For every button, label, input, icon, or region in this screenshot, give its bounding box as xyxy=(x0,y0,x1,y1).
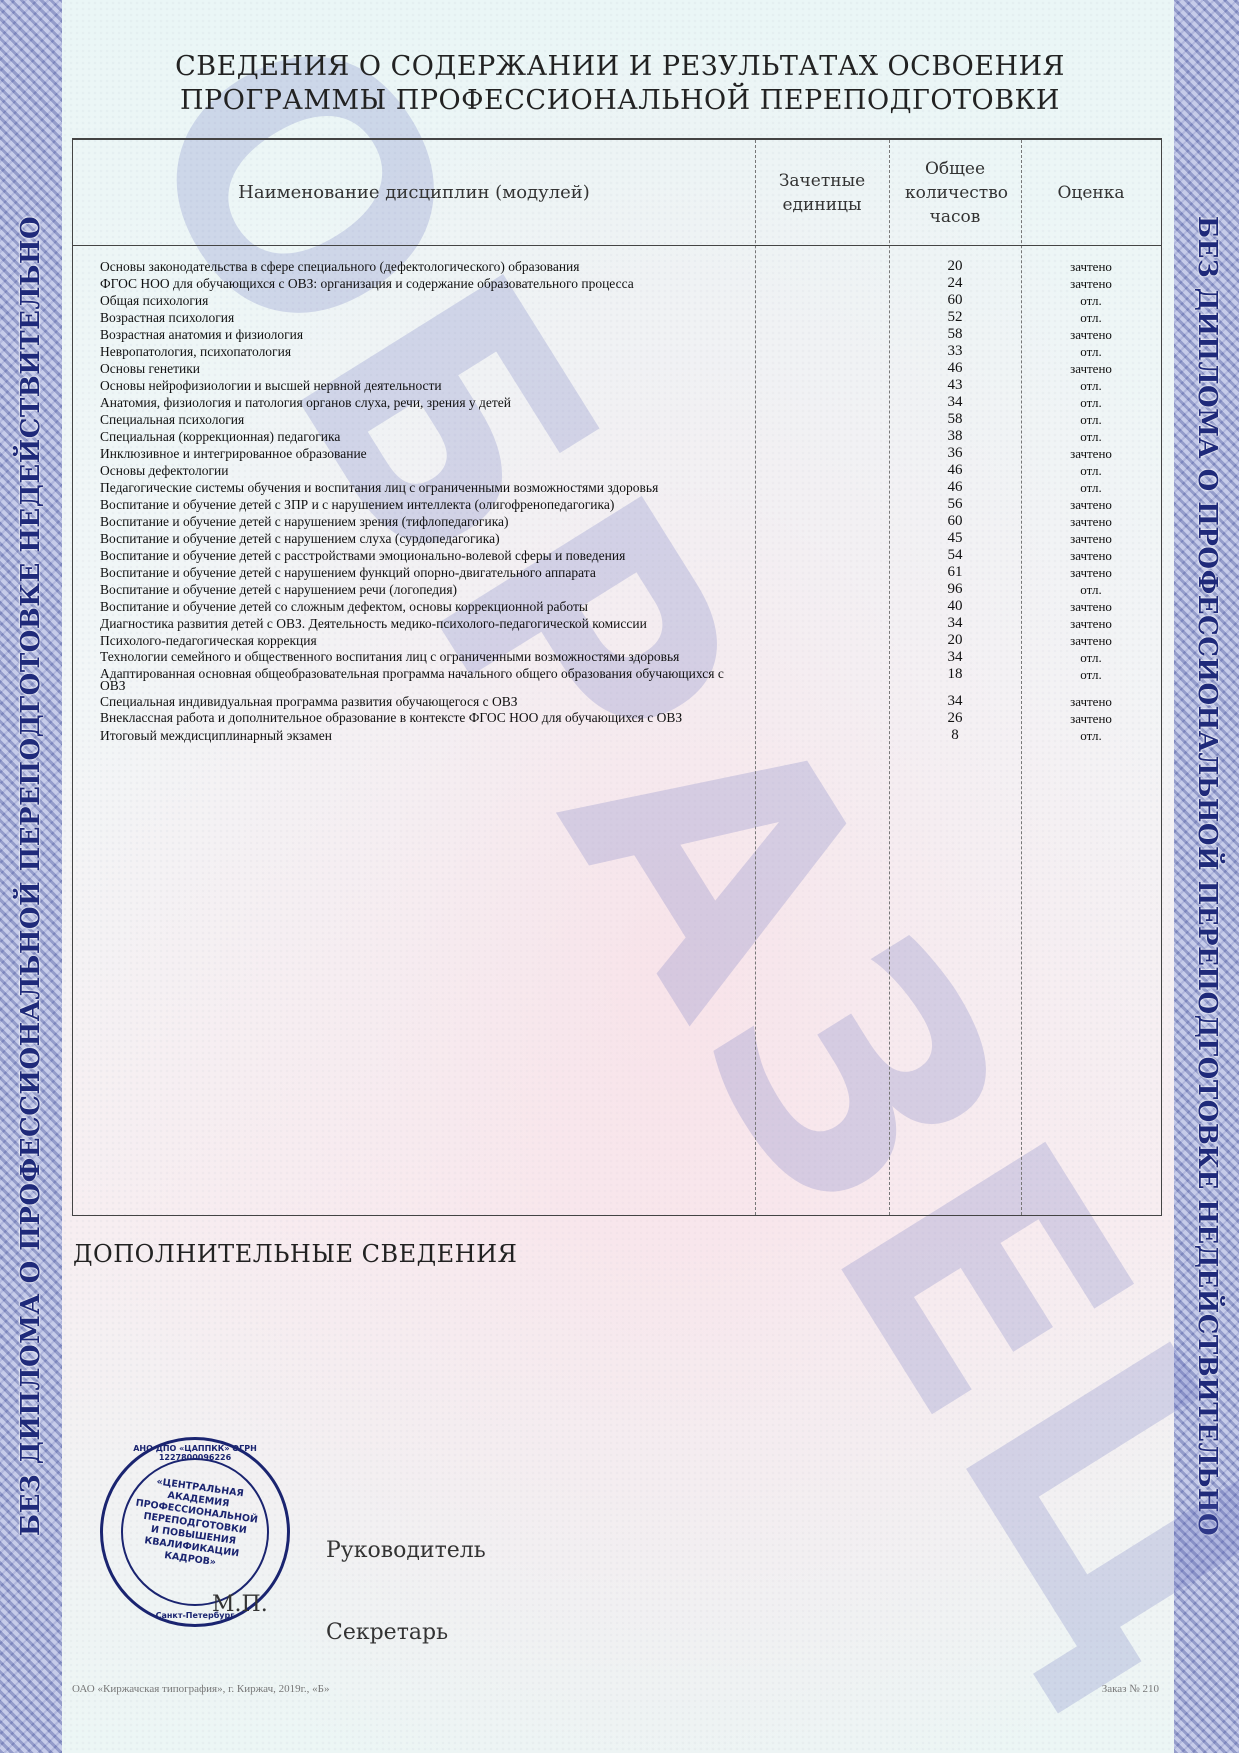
discipline-name: Основы дефектологии xyxy=(73,462,740,479)
discipline-name: Невропатология, психопатология xyxy=(73,343,740,360)
credit-units xyxy=(755,292,889,309)
table-row: Внеклассная работа и дополнительное обра… xyxy=(73,710,1161,727)
right-border-text: БЕЗ ДИПЛОМА О ПРОФЕССИОНАЛЬНОЙ ПЕРЕПОДГО… xyxy=(1192,216,1222,1536)
total-hours: 43 xyxy=(889,377,1021,394)
discipline-name: Технологии семейного и общественного вос… xyxy=(73,649,740,666)
grade: отл. xyxy=(1021,343,1161,360)
total-hours: 46 xyxy=(889,462,1021,479)
table-row: Воспитание и обучение детей с нарушением… xyxy=(73,513,1161,530)
grade: зачтено xyxy=(1021,445,1161,462)
credit-units xyxy=(755,632,889,649)
grade: отл. xyxy=(1021,292,1161,309)
credit-units xyxy=(755,496,889,513)
grade: зачтено xyxy=(1021,258,1161,275)
total-hours: 58 xyxy=(889,411,1021,428)
credit-units xyxy=(755,710,889,727)
total-hours: 34 xyxy=(889,615,1021,632)
discipline-name: Инклюзивное и интегрированное образовани… xyxy=(73,445,740,462)
total-hours: 56 xyxy=(889,496,1021,513)
grade: отл. xyxy=(1021,649,1161,666)
grade: зачтено xyxy=(1021,547,1161,564)
discipline-name: Возрастная анатомия и физиология xyxy=(73,326,740,343)
credit-units xyxy=(755,693,889,710)
credit-units xyxy=(755,581,889,598)
total-hours: 40 xyxy=(889,598,1021,615)
total-hours: 20 xyxy=(889,258,1021,275)
total-hours: 8 xyxy=(889,727,1021,744)
table-row: Воспитание и обучение детей с нарушением… xyxy=(73,530,1161,547)
total-hours: 36 xyxy=(889,445,1021,462)
total-hours: 60 xyxy=(889,513,1021,530)
table-row: Воспитание и обучение детей с нарушением… xyxy=(73,581,1161,598)
table-row: Основы нейрофизиологии и высшей нервной … xyxy=(73,377,1161,394)
grade: зачтено xyxy=(1021,615,1161,632)
printer-imprint: ОАО «Киржачская типография», г. Киржач, … xyxy=(72,1683,330,1695)
credit-units xyxy=(755,258,889,275)
secretary-signature-label: Секретарь xyxy=(326,1620,448,1645)
total-hours: 38 xyxy=(889,428,1021,445)
grade: зачтено xyxy=(1021,513,1161,530)
title-line-1: СВЕДЕНИЯ О СОДЕРЖАНИИ И РЕЗУЛЬТАТАХ ОСВО… xyxy=(140,50,1100,84)
credit-units xyxy=(755,428,889,445)
credit-units xyxy=(755,564,889,581)
grade: зачтено xyxy=(1021,530,1161,547)
seal-place-label: М.П. xyxy=(212,1592,268,1617)
total-hours: 20 xyxy=(889,632,1021,649)
discipline-name: Внеклассная работа и дополнительное обра… xyxy=(73,710,740,727)
right-security-border: БЕЗ ДИПЛОМА О ПРОФЕССИОНАЛЬНОЙ ПЕРЕПОДГО… xyxy=(1174,0,1239,1753)
table-row: Анатомия, физиология и патология органов… xyxy=(73,394,1161,411)
discipline-name: Воспитание и обучение детей с нарушением… xyxy=(73,581,740,598)
table-row: Воспитание и обучение детей с нарушением… xyxy=(73,564,1161,581)
credit-units xyxy=(755,727,889,744)
grade: зачтено xyxy=(1021,275,1161,292)
discipline-name: ФГОС НОО для обучающихся с ОВЗ: организа… xyxy=(73,275,740,292)
discipline-name: Основы законодательства в сфере специаль… xyxy=(73,258,740,275)
discipline-name: Воспитание и обучение детей с расстройст… xyxy=(73,547,740,564)
total-hours: 34 xyxy=(889,394,1021,411)
discipline-name: Специальная (коррекционная) педагогика xyxy=(73,428,740,445)
table-row: Возрастная психология52отл. xyxy=(73,309,1161,326)
table-row: Основы законодательства в сфере специаль… xyxy=(73,258,1161,275)
table-row: Итоговый междисциплинарный экзамен8отл. xyxy=(73,727,1161,744)
header-discipline-name: Наименование дисциплин (модулей) xyxy=(73,140,755,245)
total-hours: 96 xyxy=(889,581,1021,598)
discipline-name: Основы нейрофизиологии и высшей нервной … xyxy=(73,377,740,394)
table-body: Основы законодательства в сфере специаль… xyxy=(73,258,1161,744)
grade: отл. xyxy=(1021,309,1161,326)
table-row: Педагогические системы обучения и воспит… xyxy=(73,479,1161,496)
grade: отл. xyxy=(1021,479,1161,496)
discipline-name: Возрастная психология xyxy=(73,309,740,326)
additional-info-heading: ДОПОЛНИТЕЛЬНЫЕ СВЕДЕНИЯ xyxy=(73,1240,517,1268)
grade: зачтено xyxy=(1021,564,1161,581)
grade: отл. xyxy=(1021,462,1161,479)
credit-units xyxy=(755,513,889,530)
grade: зачтено xyxy=(1021,496,1161,513)
discipline-name: Специальная психология xyxy=(73,411,740,428)
title-line-2: ПРОГРАММЫ ПРОФЕССИОНАЛЬНОЙ ПЕРЕПОДГОТОВК… xyxy=(140,84,1100,118)
credit-units xyxy=(755,530,889,547)
grade: зачтено xyxy=(1021,360,1161,377)
table-row: ФГОС НОО для обучающихся с ОВЗ: организа… xyxy=(73,275,1161,292)
table-row: Специальная индивидуальная программа раз… xyxy=(73,693,1161,710)
table-row: Воспитание и обучение детей с расстройст… xyxy=(73,547,1161,564)
table-row: Общая психология60отл. xyxy=(73,292,1161,309)
total-hours: 46 xyxy=(889,360,1021,377)
credit-units xyxy=(755,377,889,394)
discipline-name: Воспитание и обучение детей с нарушением… xyxy=(73,513,740,530)
credit-units xyxy=(755,479,889,496)
total-hours: 18 xyxy=(889,666,1021,693)
credit-units xyxy=(755,394,889,411)
table-row: Специальная (коррекционная) педагогика38… xyxy=(73,428,1161,445)
table-row: Технологии семейного и общественного вос… xyxy=(73,649,1161,666)
credit-units xyxy=(755,309,889,326)
header-grade: Оценка xyxy=(1021,140,1161,245)
grade: зачтено xyxy=(1021,326,1161,343)
grade: отл. xyxy=(1021,581,1161,598)
head-signature-label: Руководитель xyxy=(326,1538,486,1563)
total-hours: 26 xyxy=(889,710,1021,727)
disciplines-table: Наименование дисциплин (модулей) Зачетны… xyxy=(72,138,1162,1216)
table-row: Невропатология, психопатология33отл. xyxy=(73,343,1161,360)
left-border-text: БЕЗ ДИПЛОМА О ПРОФЕССИОНАЛЬНОЙ ПЕРЕПОДГО… xyxy=(16,216,46,1536)
credit-units xyxy=(755,326,889,343)
credit-units xyxy=(755,615,889,632)
table-header: Наименование дисциплин (модулей) Зачетны… xyxy=(73,140,1161,246)
grade: зачтено xyxy=(1021,710,1161,727)
discipline-name: Воспитание и обучение детей со сложным д… xyxy=(73,598,740,615)
credit-units xyxy=(755,445,889,462)
table-row: Воспитание и обучение детей со сложным д… xyxy=(73,598,1161,615)
total-hours: 46 xyxy=(889,479,1021,496)
grade: отл. xyxy=(1021,727,1161,744)
table-row: Основы дефектологии46отл. xyxy=(73,462,1161,479)
header-credit-units: Зачетные единицы xyxy=(755,140,889,245)
table-row: Инклюзивное и интегрированное образовани… xyxy=(73,445,1161,462)
total-hours: 54 xyxy=(889,547,1021,564)
total-hours: 34 xyxy=(889,693,1021,710)
credit-units xyxy=(755,343,889,360)
grade: отл. xyxy=(1021,411,1161,428)
table-row: Адаптированная основная общеобразователь… xyxy=(73,666,1161,693)
discipline-name: Адаптированная основная общеобразователь… xyxy=(73,666,740,693)
credit-units xyxy=(755,598,889,615)
grade: зачтено xyxy=(1021,693,1161,710)
table-row: Психолого-педагогическая коррекция20зачт… xyxy=(73,632,1161,649)
credit-units xyxy=(755,360,889,377)
grade: зачтено xyxy=(1021,598,1161,615)
total-hours: 52 xyxy=(889,309,1021,326)
grade: зачтено xyxy=(1021,632,1161,649)
left-security-border: БЕЗ ДИПЛОМА О ПРОФЕССИОНАЛЬНОЙ ПЕРЕПОДГО… xyxy=(0,0,62,1753)
total-hours: 45 xyxy=(889,530,1021,547)
discipline-name: Основы генетики xyxy=(73,360,740,377)
total-hours: 33 xyxy=(889,343,1021,360)
table-row: Основы генетики46зачтено xyxy=(73,360,1161,377)
credit-units xyxy=(755,462,889,479)
page-title: СВЕДЕНИЯ О СОДЕРЖАНИИ И РЕЗУЛЬТАТАХ ОСВО… xyxy=(140,50,1100,118)
credit-units xyxy=(755,275,889,292)
discipline-name: Педагогические системы обучения и воспит… xyxy=(73,479,740,496)
grade: отл. xyxy=(1021,377,1161,394)
grade: отл. xyxy=(1021,666,1161,693)
table-row: Возрастная анатомия и физиология58зачтен… xyxy=(73,326,1161,343)
total-hours: 60 xyxy=(889,292,1021,309)
order-number: Заказ № 210 xyxy=(1102,1683,1159,1695)
credit-units xyxy=(755,649,889,666)
credit-units xyxy=(755,666,889,693)
discipline-name: Общая психология xyxy=(73,292,740,309)
total-hours: 61 xyxy=(889,564,1021,581)
table-row: Воспитание и обучение детей с ЗПР и с на… xyxy=(73,496,1161,513)
credit-units xyxy=(755,547,889,564)
discipline-name: Воспитание и обучение детей с ЗПР и с на… xyxy=(73,496,740,513)
total-hours: 24 xyxy=(889,275,1021,292)
grade: отл. xyxy=(1021,428,1161,445)
discipline-name: Анатомия, физиология и патология органов… xyxy=(73,394,740,411)
discipline-name: Специальная индивидуальная программа раз… xyxy=(73,693,740,710)
total-hours: 34 xyxy=(889,649,1021,666)
discipline-name: Воспитание и обучение детей с нарушением… xyxy=(73,564,740,581)
table-row: Специальная психология58отл. xyxy=(73,411,1161,428)
discipline-name: Диагностика развития детей с ОВЗ. Деятел… xyxy=(73,615,740,632)
discipline-name: Итоговый междисциплинарный экзамен xyxy=(73,727,740,744)
discipline-name: Психолого-педагогическая коррекция xyxy=(73,632,740,649)
discipline-name: Воспитание и обучение детей с нарушением… xyxy=(73,530,740,547)
total-hours: 58 xyxy=(889,326,1021,343)
grade: отл. xyxy=(1021,394,1161,411)
header-total-hours: Общее количество часов xyxy=(889,140,1021,245)
table-row: Диагностика развития детей с ОВЗ. Деятел… xyxy=(73,615,1161,632)
credit-units xyxy=(755,411,889,428)
